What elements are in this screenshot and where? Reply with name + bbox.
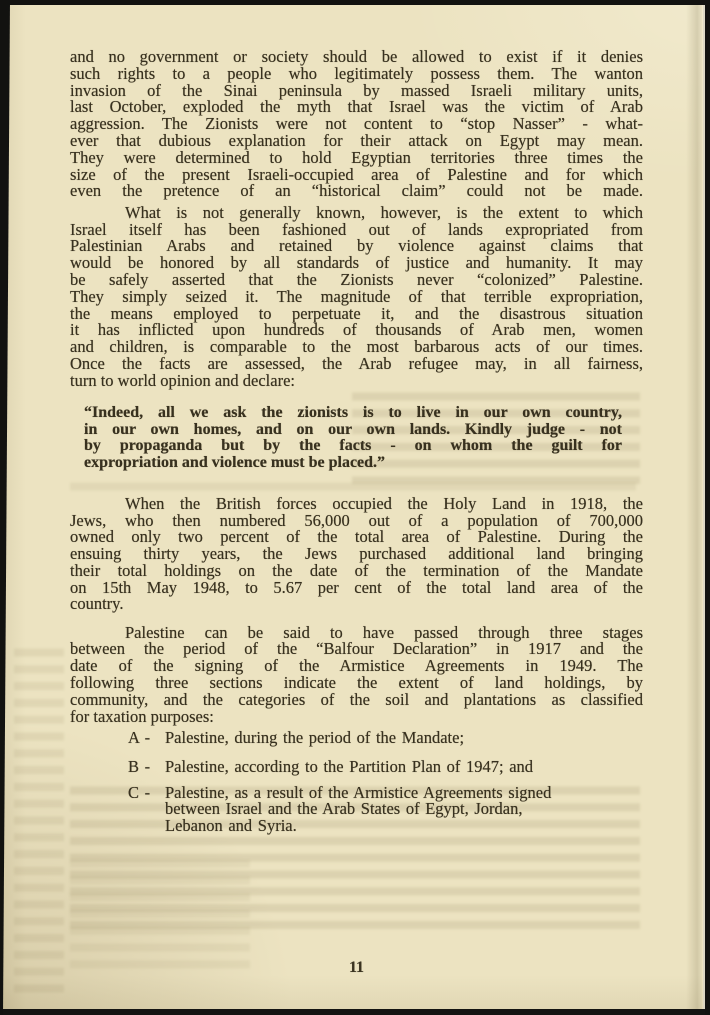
- list-item-c: C - Palestine, as a result of the Armist…: [128, 785, 643, 835]
- list-item-b: B - Palestine, according to the Partitio…: [128, 759, 643, 776]
- text-line: Palestine, according to the Partition Pl…: [165, 759, 643, 776]
- paragraph: and no government or society should be a…: [70, 49, 643, 200]
- scan-edge-right: [705, 0, 710, 1015]
- paragraph: What is not generally known, however, is…: [70, 205, 643, 390]
- paragraph: Palestine can be said to have passed thr…: [70, 625, 643, 726]
- list-item-text: Palestine, during the period of the Mand…: [165, 730, 643, 747]
- list-marker: B -: [128, 759, 165, 776]
- list-item-text: Palestine, as a result of the Armistice …: [165, 785, 643, 835]
- blockquote: “Indeed, all we ask the zionists is to l…: [84, 405, 622, 472]
- text-line: When the British forces occupied the Hol…: [70, 496, 643, 513]
- text-line: Palestine, during the period of the Mand…: [165, 730, 643, 747]
- text-line: turn to world opinion and declare:: [70, 373, 643, 390]
- text-line: country.: [70, 596, 643, 613]
- list: A - Palestine, during the period of the …: [70, 730, 643, 835]
- list-marker: A -: [128, 730, 165, 747]
- scanned-book-page: and no government or society should be a…: [0, 0, 710, 1015]
- text-column: and no government or society should be a…: [70, 0, 643, 835]
- text-line: Lebanon and Syria.: [165, 818, 643, 835]
- text-line: on 15th May 1948, to 5.67 per cent of th…: [70, 580, 643, 597]
- paragraphs: and no government or society should be a…: [70, 49, 643, 725]
- page-curl-shadow: [686, 0, 702, 1015]
- list-item-a: A - Palestine, during the period of the …: [128, 730, 643, 747]
- text-line: even the pretence of an “historical clai…: [70, 183, 643, 200]
- text-line: in our own homes, and on our own lands. …: [84, 422, 622, 439]
- text-line: expropriation and violence must be place…: [84, 455, 622, 472]
- scan-edge-left: [0, 0, 12, 1015]
- scan-edge-top: [0, 0, 710, 5]
- scan-edge-bottom: [0, 1009, 710, 1015]
- text-line: “Indeed, all we ask the zionists is to l…: [84, 405, 622, 422]
- page-number: 11: [70, 959, 643, 977]
- bleed-through-texture: [14, 644, 64, 994]
- bleed-through-texture: [70, 855, 250, 975]
- text-line: by propaganda but by the facts - on whom…: [84, 438, 622, 455]
- list-item-text: Palestine, according to the Partition Pl…: [165, 759, 643, 776]
- list-marker: C -: [128, 785, 165, 835]
- text-line: for taxation purposes:: [70, 709, 643, 726]
- paragraph: When the British forces occupied the Hol…: [70, 496, 643, 614]
